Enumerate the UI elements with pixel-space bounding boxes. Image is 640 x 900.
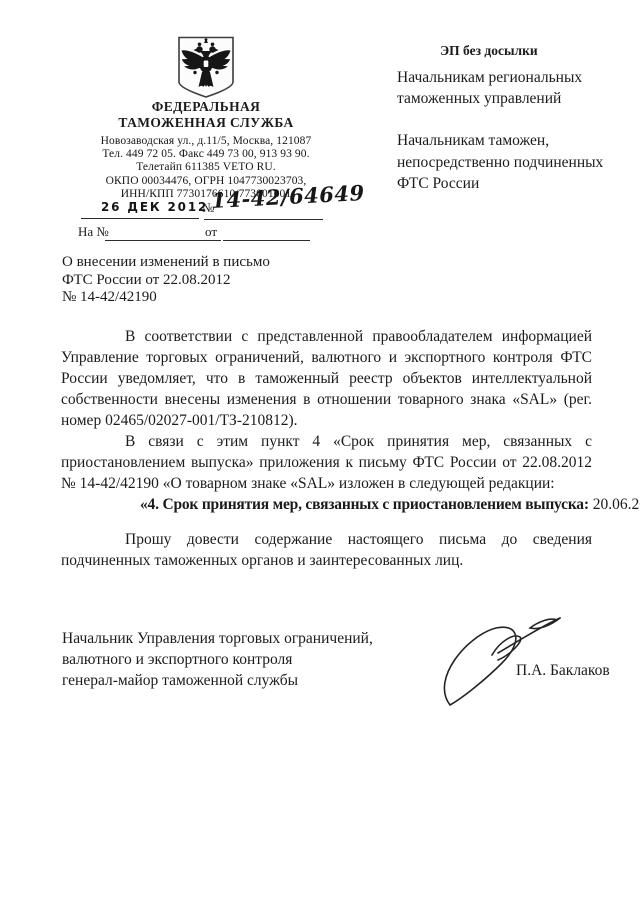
org-name: ФЕДЕРАЛЬНАЯ ТАМОЖЕННАЯ СЛУЖБА [58,99,354,130]
address-line-3: Телетайп 611385 VETO RU. [58,161,354,174]
scanned-letter-page: ФЕДЕРАЛЬНАЯ ТАМОЖЕННАЯ СЛУЖБА Новозаводс… [0,0,640,900]
subject-block: О внесении изменений в письмо ФТС России… [62,254,332,307]
recipient-block-2: Начальникам таможен, непосредственно под… [397,130,619,195]
signer-title-line-3: генерал-майор таможенной службы [62,670,402,691]
number-underline [204,219,323,220]
org-name-line-2: ТАМОЖЕННАЯ СЛУЖБА [58,115,354,131]
subject-line-2: ФТС России от 22.08.2012 [62,272,332,290]
address-line-1: Новозаводская ул., д.11/5, Москва, 12108… [58,135,354,148]
subject-line-1: О внесении изменений в письмо [62,254,332,272]
body-paragraph-1: В соответствии с представленной правообл… [61,326,592,431]
signer-title-line-2: валютного и экспортного контроля [62,649,402,670]
address-line-2: Тел. 449 72 05. Факс 449 73 00, 913 93 9… [58,148,354,161]
recipient-block-1: Начальникам региональных таможенных упра… [397,67,617,109]
reply-to-label: На № [78,224,109,240]
recipient-2-line-3: ФТС России [397,173,619,195]
recipient-1-line-1: Начальникам региональных [397,67,617,88]
amendment-value-text: 20.06.2013 г.» [589,496,640,513]
delivery-note: ЭП без досылки [440,43,538,59]
signer-name: П.А. Баклаков [516,662,610,680]
body-paragraph-2: В связи с этим пункт 4 «Срок принятия ме… [61,431,592,494]
recipient-1-line-2: таможенных управлений [397,88,617,109]
reply-date-underline [223,240,310,241]
recipient-2-line-2: непосредственно подчиненных [397,152,619,174]
letter-body: В соответствии с представленной правообл… [61,326,592,571]
reply-from-label: от [205,224,217,240]
reply-reference-row: На № от [75,223,335,243]
subject-line-3: № 14-42/42190 [62,289,332,307]
body-paragraph-3: Прошу довести содержание настоящего пись… [61,529,592,571]
signer-title-block: Начальник Управления торговых ограничени… [62,628,402,691]
coat-of-arms-icon [175,36,237,99]
date-stamp: 26 ДЕК 2012 [101,199,208,214]
amendment-line: «4. Срок принятия мер, связанных с приос… [61,494,592,515]
reply-number-underline [105,240,221,241]
org-name-line-1: ФЕДЕРАЛЬНАЯ [58,99,354,115]
signer-title-line-1: Начальник Управления торговых ограничени… [62,628,402,649]
recipient-2-line-1: Начальникам таможен, [397,130,619,152]
amendment-bold-text: «4. Срок принятия мер, связанных с приос… [140,496,589,513]
date-underline [81,218,199,219]
